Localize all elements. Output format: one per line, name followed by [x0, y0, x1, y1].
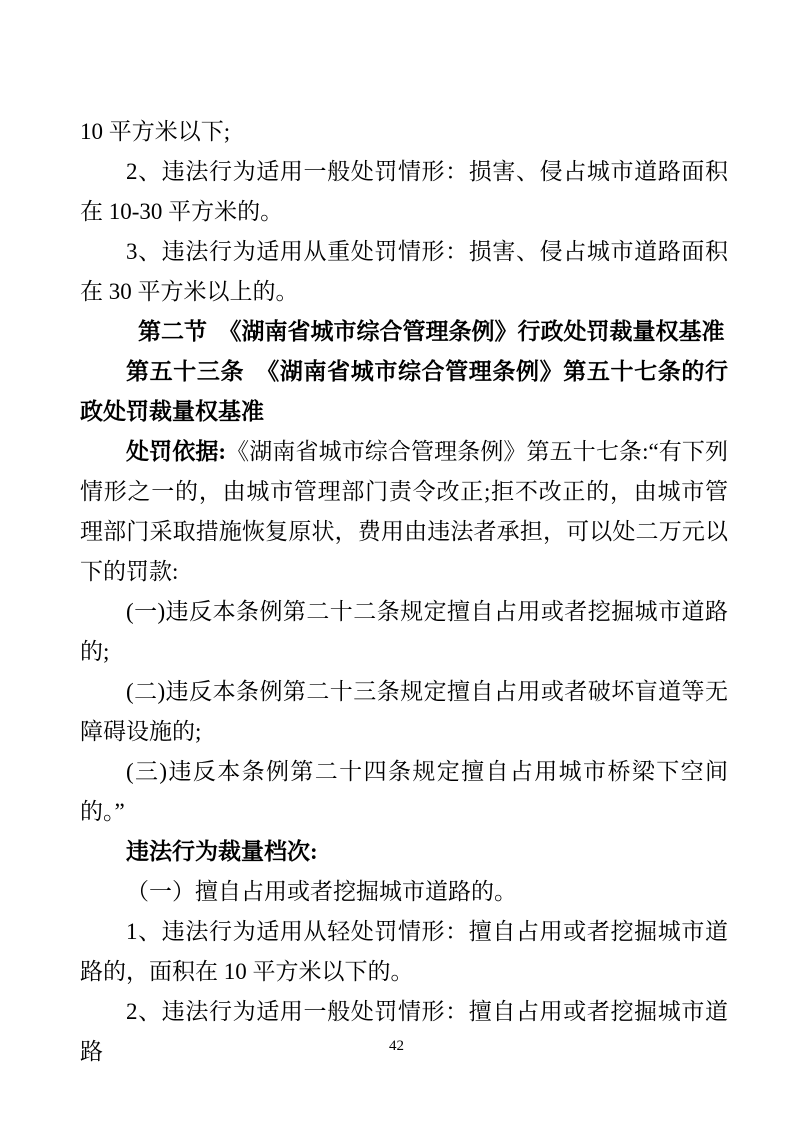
lighter-penalty-paragraph: 1、违法行为适用从轻处罚情形：擅自占用或者挖掘城市道路的，面积在 10 平方米以…	[80, 912, 728, 992]
level-1-occupy-excavate-heading: （一）擅自占用或者挖掘城市道路的。	[80, 872, 728, 912]
document-body: 10 平方米以下; 2、违法行为适用一般处罚情形：损害、侵占城市道路面积在 10…	[80, 112, 728, 1072]
item-2-blind-paths: (二)违反本条例第二十三条规定擅自占用或者破坏盲道等无障碍设施的;	[80, 672, 728, 752]
paragraph-area-limit-continuation: 10 平方米以下;	[80, 112, 728, 152]
paragraph-heavier-penalty-damage: 3、违法行为适用从重处罚情形：损害、侵占城市道路面积在 30 平方米以上的。	[80, 232, 728, 312]
item-3-bridge-space: (三)违反本条例第二十四条规定擅自占用城市桥梁下空间的。”	[80, 752, 728, 832]
paragraph-general-penalty-damage: 2、违法行为适用一般处罚情形：损害、侵占城市道路面积在 10-30 平方米的。	[80, 152, 728, 232]
discretion-levels-heading: 违法行为裁量档次:	[80, 832, 728, 872]
page-number: 42	[0, 1036, 793, 1056]
document-page: 10 平方米以下; 2、违法行为适用一般处罚情形：损害、侵占城市道路面积在 10…	[0, 0, 793, 1122]
general-penalty-paragraph: 2、违法行为适用一般处罚情形：擅自占用或者挖掘城市道路	[80, 992, 728, 1072]
penalty-basis-paragraph: 处罚依据:《湖南省城市综合管理条例》第五十七条:“有下列情形之一的，由城市管理部…	[80, 432, 728, 592]
item-1-occupy-excavate-roads: (一)违反本条例第二十二条规定擅自占用或者挖掘城市道路的;	[80, 592, 728, 672]
article-53-heading: 第五十三条 《湖南省城市综合管理条例》第五十七条的行政处罚裁量权基准	[80, 352, 728, 432]
penalty-basis-label: 处罚依据:	[126, 439, 226, 464]
section-2-heading: 第二节 《湖南省城市综合管理条例》行政处罚裁量权基准	[80, 312, 728, 352]
